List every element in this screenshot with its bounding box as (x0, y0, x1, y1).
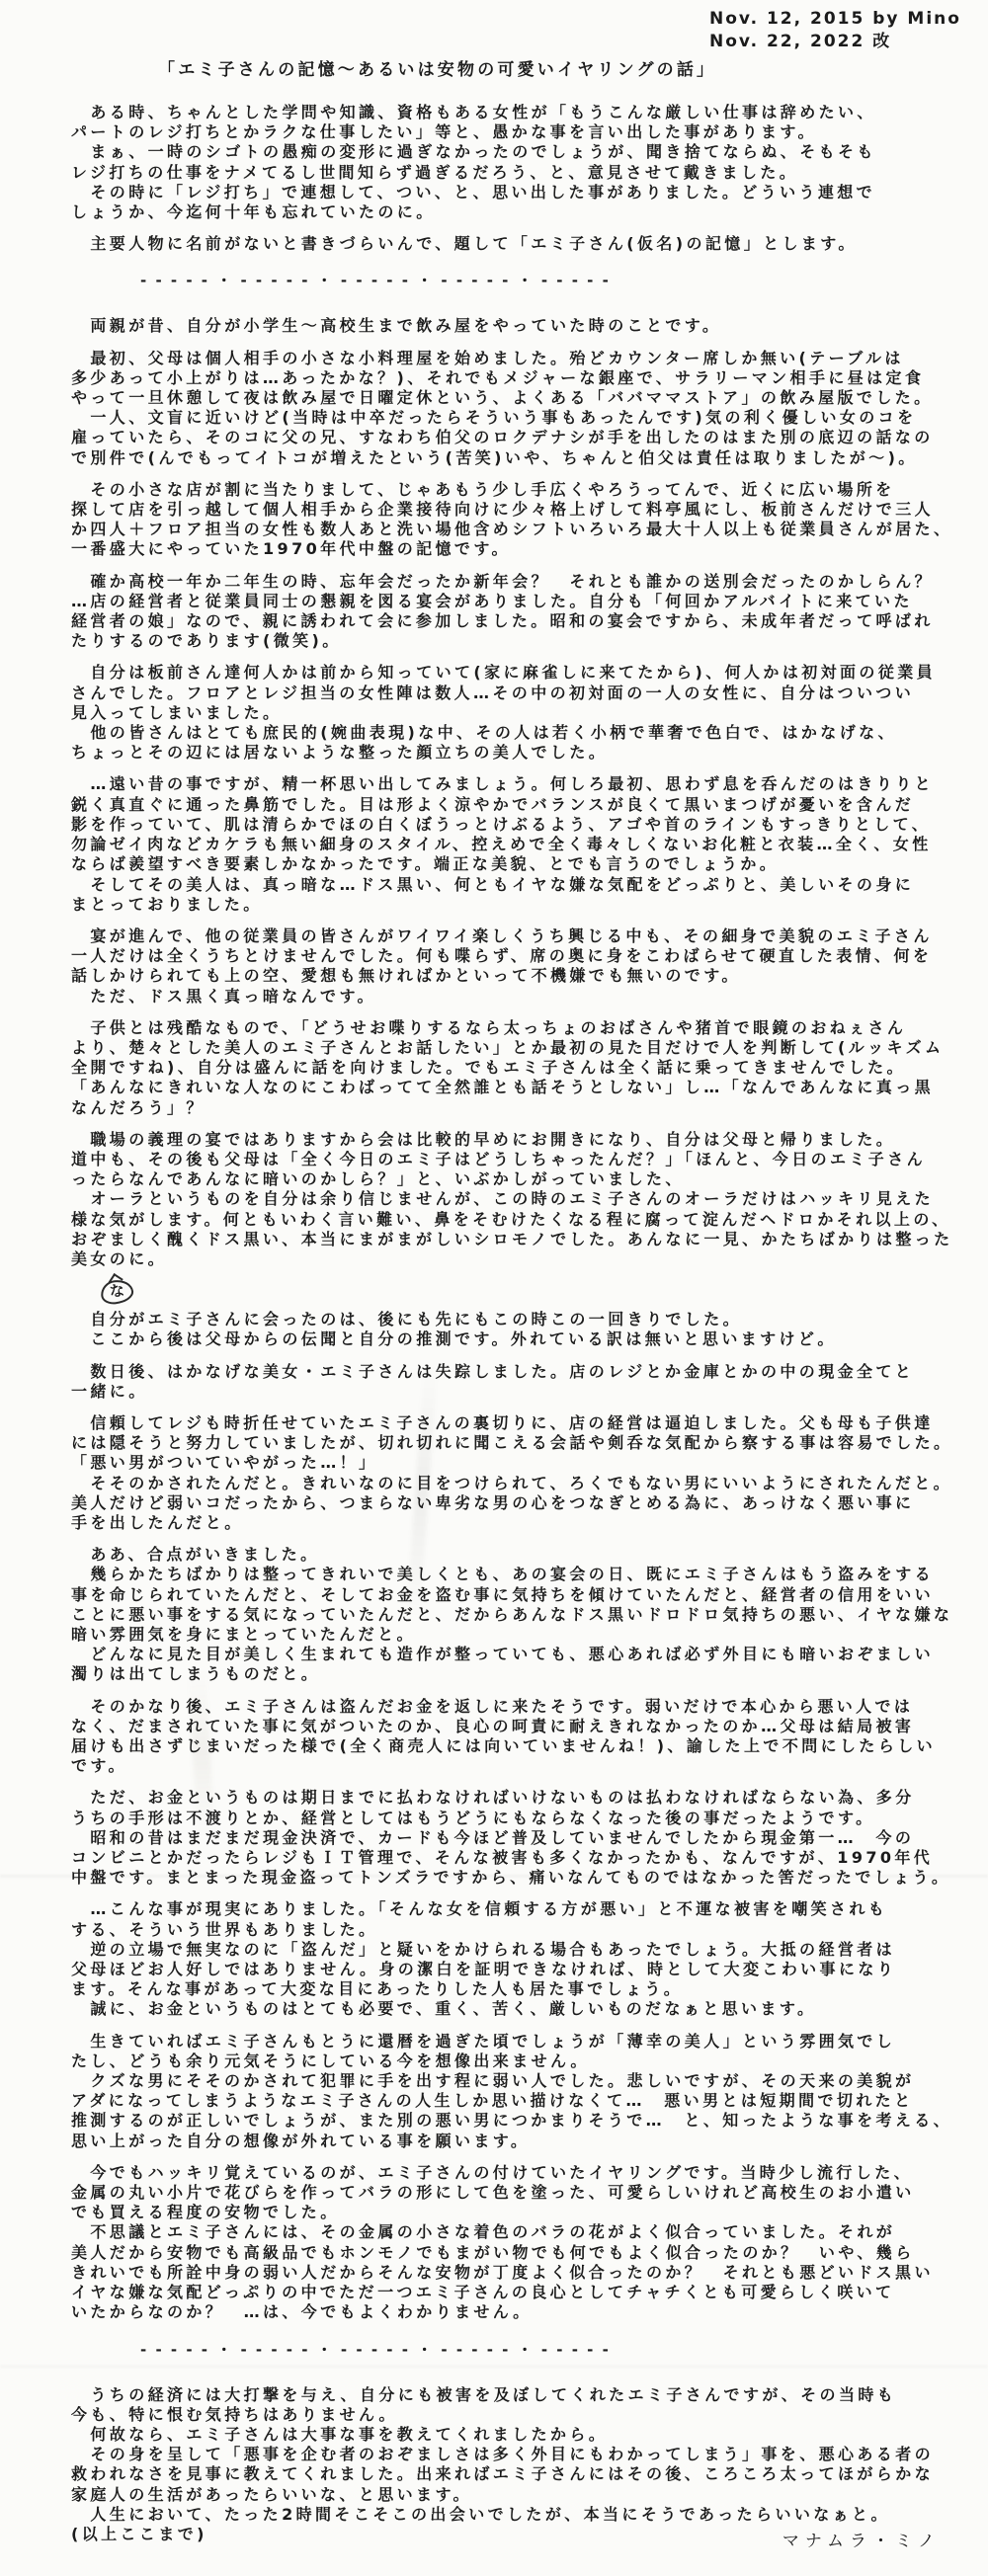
scanned-document-page: Nov. 12, 2015 by Mino Nov. 22, 2022 改 「エ… (0, 0, 988, 2576)
paragraph: 職場の義理の宴ではありますから会は比較的早めにお開きになり、自分は父母と帰りまし… (71, 1130, 972, 1269)
handwritten-insert-mark: な (100, 1278, 135, 1306)
section-separator: - - - - - ・ - - - - - ・ - - - - - ・ - - … (140, 270, 972, 290)
paragraph: 自分は板前さん達何人かは前から知っていて(家に麻雀しに来てたから)、何人かは初対… (71, 663, 972, 763)
document-body: ある時、ちゃんとした学問や知識、資格もある女性が「もうこんな厳しい仕事は辞めたい… (71, 103, 972, 2556)
paragraph: その小さな店が割に当たりまして、じゃあもう少し手広くやろうってんで、近くに広い場… (71, 480, 972, 560)
paragraph: そのかなり後、エミ子さんは盗んだお金を返しに来たそうです。弱いだけで本心から悪い… (71, 1697, 972, 1777)
date-created: Nov. 12, 2015 by Mino (709, 8, 961, 31)
paragraph: 子供とは残酷なもので、「どうせお喋りするなら太っちょのおばさんや猪首で眼鏡のおね… (71, 1018, 972, 1118)
paragraph: 確か高校一年か二年生の時、忘年会だったか新年会？ それとも誰かの送別会だったのか… (71, 572, 972, 652)
paragraph: 数日後、はかなげな美女・エミ子さんは失踪しました。店のレジとか金庫とかの中の現金… (71, 1362, 972, 1402)
author-signature: マナムラ・ミノ (0, 2527, 941, 2551)
date-revised: Nov. 22, 2022 改 (709, 31, 961, 53)
paragraph: うちの経済には大打撃を与え、自分にも被害を及ぼしてくれたエミ子さんですが、その当… (71, 2385, 972, 2545)
paragraph: …遠い昔の事ですが、精一杯思い出してみましょう。何しろ最初、思わず息を呑んだのは… (71, 774, 972, 914)
section-separator: - - - - - ・ - - - - - ・ - - - - - ・ - - … (140, 2339, 972, 2360)
paragraph: 両親が昔、自分が小学生～高校生まで飲み屋をやっていた時のことです。 (71, 316, 972, 336)
paragraph: 主要人物に名前がないと書きづらいんで、題して「エミ子さん(仮名)の記憶」とします… (71, 234, 972, 254)
paragraph: 生きていればエミ子さんもとうに還暦を過ぎた頃でしょうが「薄幸の美人」という雰囲気… (71, 2032, 972, 2151)
paragraph: 自分がエミ子さんに会ったのは、後にも先にもこの時この一回きりでした。 ここから後… (71, 1310, 972, 1349)
paragraph: 今でもハッキリ覚えているのが、エミ子さんの付けていたイヤリングです。当時少し流行… (71, 2163, 972, 2323)
paragraph: 信頼してレジも時折任せていたエミ子さんの裏切りに、店の経営は逼迫しました。父も母… (71, 1413, 972, 1533)
paragraph: …こんな事が現実にありました。「そんな女を信頼する方が悪い」と不運な被害を嘲笑さ… (71, 1899, 972, 2019)
paragraph: 宴が進んで、他の従業員の皆さんがワイワイ楽しくうち興じる中も、その細身で美貌のエ… (71, 926, 972, 1006)
paragraph: 最初、父母は個人相手の小さな小料理屋を始めました。殆どカウンター席しか無い(テー… (71, 349, 972, 468)
paragraph: ただ、お金というものは期日までに払わなければいけないものは払わなければならない為… (71, 1788, 972, 1888)
paragraph: ああ、合点がいきました。 幾らかたちばかりは整ってきれいで美しくとも、あの宴会の… (71, 1545, 972, 1684)
document-title: 「エミ子さんの記憶～あるいは安物の可愛いイヤリングの話」 (158, 55, 716, 80)
paragraph: ある時、ちゃんとした学問や知識、資格もある女性が「もうこんな厳しい仕事は辞めたい… (71, 103, 972, 222)
date-block: Nov. 12, 2015 by Mino Nov. 22, 2022 改 (709, 8, 961, 53)
